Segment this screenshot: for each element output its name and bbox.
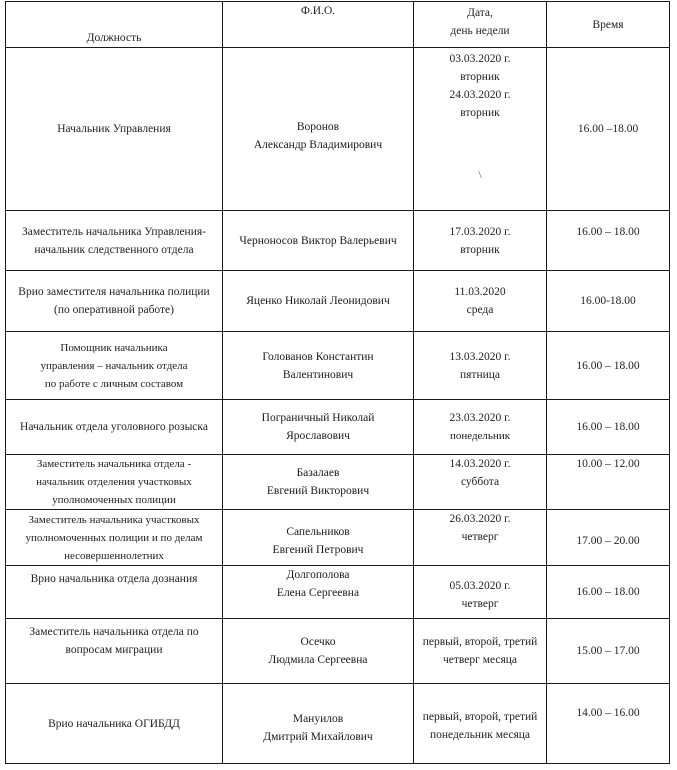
cell-time: 16.00-18.00 [547,271,670,332]
cell-position: Заместитель начальника участковых уполно… [6,510,223,566]
cell-name: Воронов Александр Владимирович [223,48,414,211]
header-position: Должность [6,2,223,48]
table-row: Заместитель начальника отдела по вопроса… [6,619,670,684]
table-row: Начальник отдела уголовного розыска Погр… [6,400,670,455]
cell-name: Голованов Константин Валентинович [223,332,414,400]
cell-time: 16.00 – 18.00 [547,400,670,455]
cell-position: Заместитель начальника отдела по вопроса… [6,619,223,684]
table-row: Заместитель начальника отдела - начальни… [6,455,670,510]
header-time: Время [547,2,670,48]
cell-position: Начальник отдела уголовного розыска [6,400,223,455]
cell-date: 13.03.2020 г. пятница [414,332,547,400]
cell-time: 16.00 –18.00 [547,48,670,211]
cell-time: 15.00 – 17.00 [547,619,670,684]
header-date: Дата, день недели [414,2,547,48]
table-row: Врио заместителя начальника полиции (по … [6,271,670,332]
cell-position: Врио заместителя начальника полиции (по … [6,271,223,332]
table-row: Врио начальника отдела дознания Долгопол… [6,566,670,619]
cell-time: 17.00 – 20.00 [547,510,670,566]
cell-date: 03.03.2020 г. вторник 24.03.2020 г. втор… [414,48,547,211]
cell-name: Черноносов Виктор Валерьевич [223,211,414,271]
table-row: Помощник начальника управления – начальн… [6,332,670,400]
cell-position: Помощник начальника управления – начальн… [6,332,223,400]
cell-position: Врио начальника отдела дознания [6,566,223,619]
cell-date: 26.03.2020 г. четверг [414,510,547,566]
cell-date: 05.03.2020 г. четверг [414,566,547,619]
cell-position: Начальник Управления [6,48,223,211]
cell-date: 23.03.2020 г. понедельник [414,400,547,455]
cell-position: Врио начальника ОГИБДД [6,684,223,764]
cell-date: первый, второй, третий понедельник месяц… [414,684,547,764]
cell-date: 17.03.2020 г. вторник [414,211,547,271]
cell-time: 16.00 – 18.00 [547,332,670,400]
cell-time: 14.00 – 16.00 [547,684,670,764]
cell-name: Мануилов Дмитрий Михайлович [223,684,414,764]
header-name: Ф.И.О. [223,2,414,48]
header-date-line2: день недели [418,22,542,40]
table-row: Заместитель начальника участковых уполно… [6,510,670,566]
table-row: Заместитель начальника Управления- начал… [6,211,670,271]
cell-time: 16.00 – 18.00 [547,566,670,619]
cell-date: первый, второй, третий четверг месяца [414,619,547,684]
header-date-line1: Дата, [418,4,542,22]
cell-name: Пограничный Николай Ярославович [223,400,414,455]
stray-mark: \ [418,166,542,184]
cell-date: 11.03.2020 среда [414,271,547,332]
cell-time: 16.00 – 18.00 [547,211,670,271]
cell-name: Долгополова Елена Сергеевна [223,566,414,619]
cell-name: Яценко Николай Леонидович [223,271,414,332]
cell-date: 14.03.2020 г. суббота [414,455,547,510]
cell-position: Заместитель начальника Управления- начал… [6,211,223,271]
table-row: Врио начальника ОГИБДД Мануилов Дмитрий … [6,684,670,764]
cell-name: Базалаев Евгений Викторович [223,455,414,510]
header-row: Должность Ф.И.О. Дата, день недели Время [6,2,670,48]
reception-schedule-table: Должность Ф.И.О. Дата, день недели Время… [5,1,670,764]
cell-name: Сапельников Евгений Петрович [223,510,414,566]
cell-time: 10.00 – 12.00 [547,455,670,510]
table-row: Начальник Управления Воронов Александр В… [6,48,670,211]
cell-name: Осечко Людмила Сергеевна [223,619,414,684]
cell-position: Заместитель начальника отдела - начальни… [6,455,223,510]
